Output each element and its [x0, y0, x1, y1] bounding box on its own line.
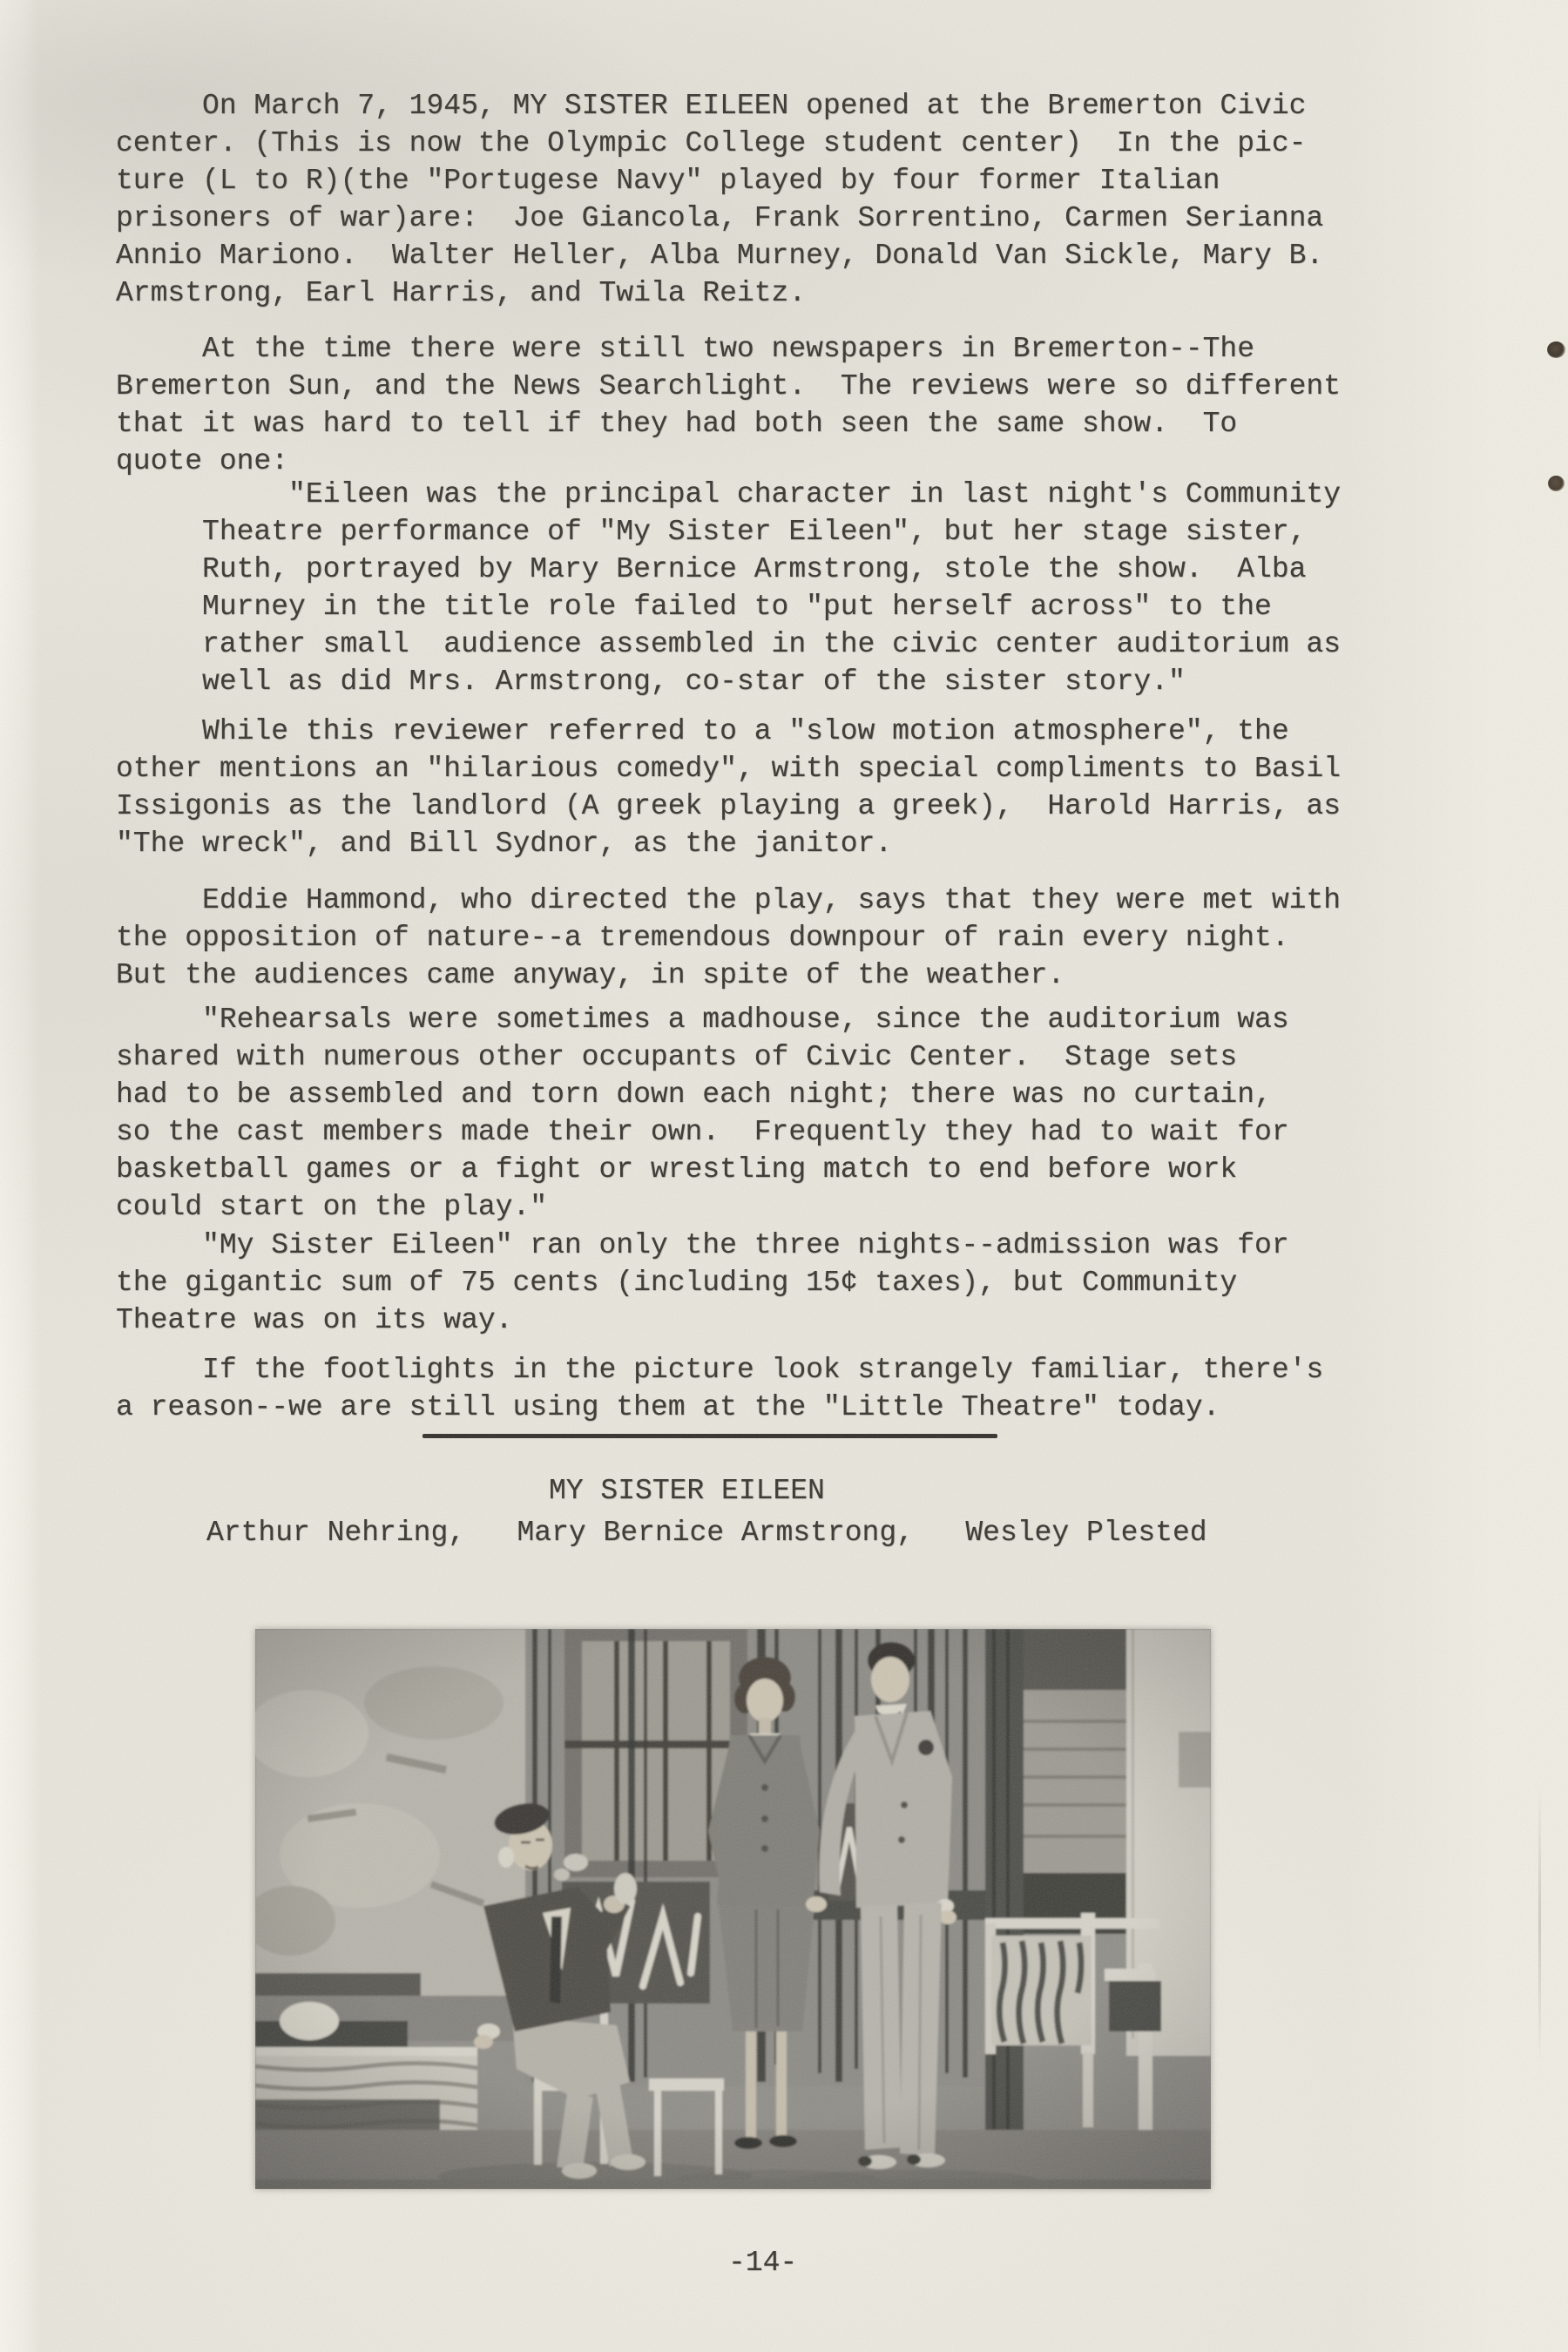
- paragraph-review-quote: "Eileen was the principal character in l…: [116, 476, 1341, 700]
- paragraph-director: Eddie Hammond, who directed the play, sa…: [116, 882, 1341, 994]
- divider-rule: [422, 1434, 997, 1438]
- paragraph-footlights: If the footlights in the picture look st…: [116, 1351, 1323, 1426]
- production-photo: [255, 1629, 1211, 2189]
- paragraph-admission: "My Sister Eileen" ran only the three ni…: [116, 1227, 1289, 1339]
- page-number: -14-: [728, 2244, 797, 2281]
- paragraph-opening: On March 7, 1945, MY SISTER EILEEN opene…: [116, 87, 1323, 312]
- photo-caption-title: MY SISTER EILEEN: [549, 1472, 825, 1510]
- paragraph-newspapers: At the time there were still two newspap…: [116, 330, 1341, 480]
- scanned-document-page: On March 7, 1945, MY SISTER EILEEN opene…: [0, 0, 1568, 2352]
- photo-caption-names: Arthur Nehring, Mary Bernice Armstrong, …: [206, 1514, 1207, 1551]
- stage-scene-illustration: [255, 1629, 1211, 2189]
- paragraph-rehearsals: "Rehearsals were sometimes a madhouse, s…: [116, 1001, 1289, 1226]
- binding-hole-icon: [1548, 476, 1565, 491]
- binding-hole-icon: [1547, 341, 1565, 358]
- paragraph-reviewers: While this reviewer referred to a "slow …: [116, 713, 1341, 862]
- paper-crease: [1538, 1786, 1541, 2065]
- photo-grain: [255, 1629, 1211, 2189]
